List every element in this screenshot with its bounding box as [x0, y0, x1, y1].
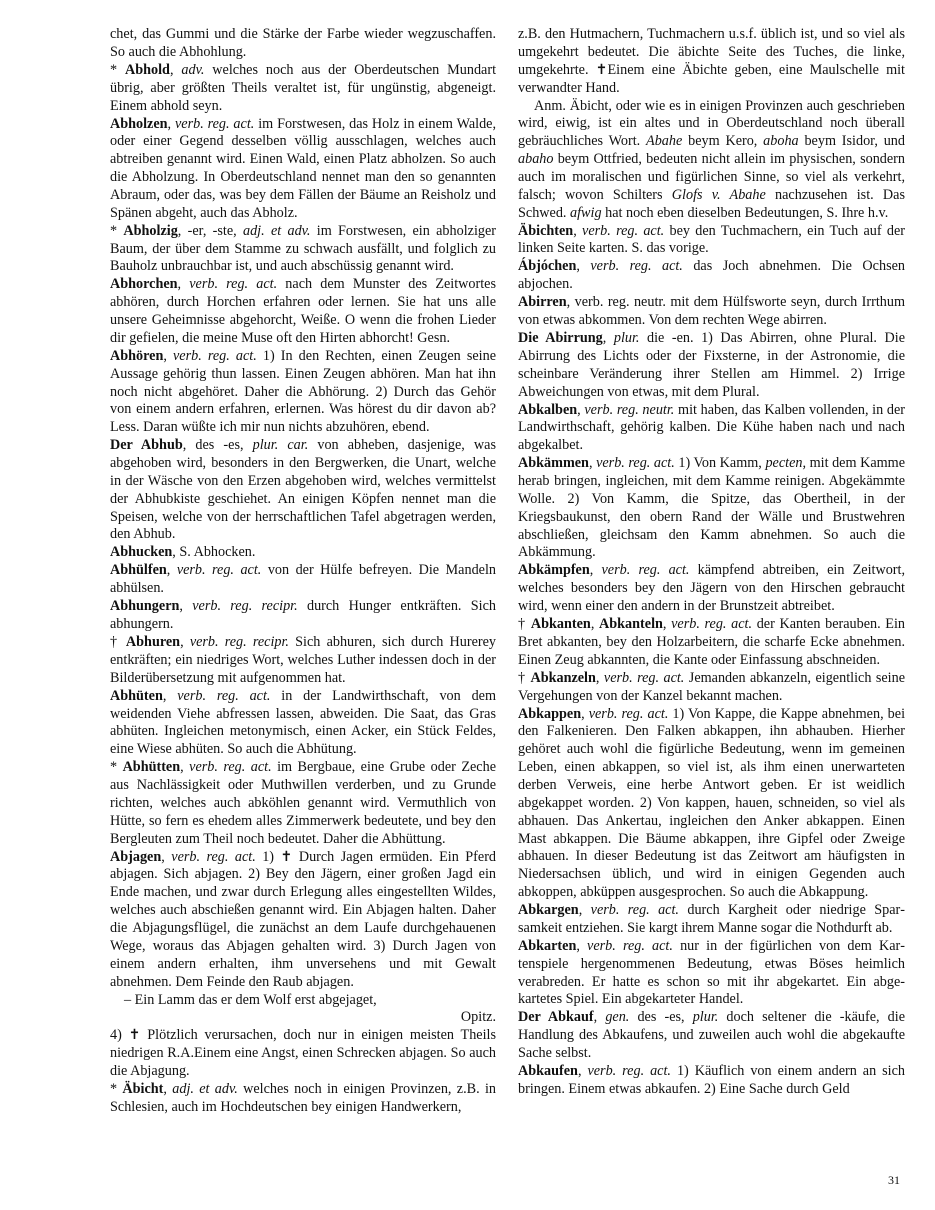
- dictionary-entry-cont1: chet, das Gummi und die Stärke der Farbe…: [110, 26, 496, 62]
- entry-text: *: [110, 759, 123, 775]
- grammar-label: verb. reg. act.: [590, 258, 683, 274]
- entry-text: ,: [161, 849, 171, 865]
- entry-text: ,: [579, 902, 591, 918]
- headword: Abholzig: [123, 223, 177, 239]
- entry-text: 1) ✝ Durch Jagen ermüden. Ein Pferd abja…: [110, 849, 496, 990]
- dictionary-entry-abhub: Der Abhub, des -es, plur. car. von abheb…: [110, 437, 496, 544]
- dictionary-entry-abjagen_cont: 4) ✝ Plötzlich verursachen, doch nur in …: [110, 1027, 496, 1081]
- headword: Die Abirrung: [518, 330, 603, 346]
- entry-text: ,: [163, 348, 173, 364]
- grammar-label: verb. reg. act.: [171, 849, 255, 865]
- entry-text: , des -es,: [183, 437, 253, 453]
- dictionary-entry-abkaempfen: Abkämpfen, verb. reg. act. kämpfend abtr…: [518, 562, 905, 616]
- entry-text: ,: [603, 330, 614, 346]
- dictionary-entry-abirren: Abirren, verb. reg. neutr. mit dem Hülfs…: [518, 294, 905, 330]
- headword: Abirren: [518, 294, 567, 310]
- dictionary-entry-abholzen: Abholzen, verb. reg. act. im Forstwesen,…: [110, 116, 496, 223]
- headword: Abkarten: [518, 938, 576, 954]
- grammar-label: verb. reg. act.: [173, 348, 257, 364]
- dictionary-entry-abhueten: Abhüten, verb. reg. act. in der Landwirt…: [110, 688, 496, 759]
- headword: Abkaufen: [518, 1063, 578, 1079]
- entry-text: ,: [591, 616, 599, 632]
- dictionary-entry-abkarten: Abkarten, verb. reg. act. nur in der fig…: [518, 938, 905, 1009]
- headword: Abkämmen: [518, 455, 589, 471]
- dictionary-entry-abkauf: Der Abkauf, gen. des -es, plur. doch sel…: [518, 1009, 905, 1063]
- headword: Der Abhub: [110, 437, 183, 453]
- grammar-label: plur. car.: [253, 437, 309, 453]
- dictionary-entry-abjochen: Ábjóchen, verb. reg. act. das Joch abneh…: [518, 258, 905, 294]
- entry-text: ,: [576, 258, 590, 274]
- grammar-label: verb. reg. act.: [189, 276, 277, 292]
- headword: Abhungern: [110, 598, 179, 614]
- grammar-label: verb. reg. act.: [604, 670, 684, 686]
- headword: Der Abkauf: [518, 1009, 594, 1025]
- dictionary-entry-abkappen: Abkappen, verb. reg. act. 1) Von Kappe, …: [518, 706, 905, 902]
- entry-text: z.B. den Hutmachern, Tuchmachern u.s.f. …: [518, 26, 905, 96]
- grammar-label: verb. reg. act.: [582, 223, 664, 239]
- headword: Abkanzeln: [530, 670, 595, 686]
- grammar-label: verb. reg. act.: [177, 688, 270, 704]
- grammar-label: verb. reg. act.: [177, 562, 262, 578]
- grammar-label: abaho: [518, 151, 553, 167]
- headword: Äbichten: [518, 223, 573, 239]
- dictionary-entry-abhold: * Abhold, adv. welches noch aus der Ober…: [110, 62, 496, 116]
- entry-text: ,: [596, 670, 604, 686]
- dictionary-entry-abhuren: † Abhuren, verb. reg. recipr. Sich abhur…: [110, 634, 496, 688]
- entry-text: *: [110, 1081, 122, 1097]
- grammar-label: verb. reg. act.: [587, 1063, 671, 1079]
- grammar-label: verb. reg. recipr.: [190, 634, 289, 650]
- headword: Ábjóchen: [518, 258, 576, 274]
- entry-text: *: [110, 62, 125, 78]
- headword: Abkargen: [518, 902, 579, 918]
- dictionary-entry-abkanten: † Abkanten, Abkanteln, verb. reg. act. d…: [518, 616, 905, 670]
- grammar-label: verb. reg. act.: [587, 938, 673, 954]
- dictionary-entry-abholzig: * Abholzig, -er, -ste, adj. et adv. im F…: [110, 223, 496, 277]
- entry-text: †: [518, 670, 530, 686]
- headword: Äbicht: [122, 1081, 163, 1097]
- entry-text: ,: [178, 276, 190, 292]
- dictionary-entry-abkalben: Abkalben, verb. reg. neutr. mit haben, d…: [518, 402, 905, 456]
- entry-text: ,: [594, 1009, 606, 1025]
- entry-text: ,: [576, 938, 587, 954]
- entry-text: †: [518, 616, 531, 632]
- dictionary-entry-aebicht_cont: z.B. den Hutmachern, Tuchmachern u.s.f. …: [518, 26, 905, 97]
- entry-text: beym Isidor, und: [799, 133, 905, 149]
- entry-text: , verb. reg. neutr. mit dem Hülfsworte s…: [518, 294, 905, 328]
- entry-text: †: [110, 634, 126, 650]
- headword: Abjagen: [110, 849, 161, 865]
- grammar-label: adj. et adv.: [243, 223, 310, 239]
- entry-text: 1) Von Kamm,: [675, 455, 766, 471]
- entry-text: des -es,: [629, 1009, 692, 1025]
- headword: Abhören: [110, 348, 163, 364]
- entry-text: ,: [168, 116, 175, 132]
- entry-text: ,: [590, 562, 602, 578]
- dictionary-entry-abkanzeln: † Abkanzeln, verb. reg. act. Jemanden ab…: [518, 670, 905, 706]
- left-column: chet, das Gummi und die Stärke der Farbe…: [110, 26, 496, 1117]
- grammar-label: verb. reg. act.: [671, 616, 752, 632]
- headword: Abhülfen: [110, 562, 167, 578]
- dictionary-entry-abhuetten: * Abhütten, verb. reg. act. im Bergbaue,…: [110, 759, 496, 848]
- dictionary-entry-aebichten: Äbichten, verb. reg. act. bey den Tuchma…: [518, 223, 905, 259]
- entry-text: hat noch eben dieselben Bedeutungen, S. …: [602, 205, 889, 221]
- headword: Abhold: [125, 62, 170, 78]
- page-number: 31: [888, 1173, 900, 1188]
- quotation-source: Opitz.: [110, 1009, 496, 1027]
- headword: Abkalben: [518, 402, 577, 418]
- dictionary-entry-abhucken: Abhucken, S. Abhocken.: [110, 544, 496, 562]
- dictionary-entry-abhoeren: Abhören, verb. reg. act. 1) In den Recht…: [110, 348, 496, 437]
- grammar-label: Glofs v. Abahe: [672, 187, 766, 203]
- grammar-label: verb. reg. recipr.: [192, 598, 297, 614]
- grammar-label: verb. reg. act.: [602, 562, 690, 578]
- dictionary-entry-anm: Anm. Äbicht, oder wie es in einigen Prov…: [518, 98, 905, 223]
- entry-text: ,: [589, 455, 596, 471]
- grammar-label: verb. reg. act.: [189, 759, 272, 775]
- right-column: z.B. den Hutmachern, Tuchmachern u.s.f. …: [518, 26, 905, 1099]
- entry-text: 1) Von Kappe, die Kappe abnehmen, bei de…: [518, 706, 905, 900]
- entry-text: beym Kero,: [682, 133, 763, 149]
- grammar-label: verb. reg. neutr.: [584, 402, 674, 418]
- entry-text: ,: [163, 688, 177, 704]
- entry-text: ,: [163, 1081, 172, 1097]
- dictionary-entry-abirrung: Die Abirrung, plur. die -en. 1) Das Abir…: [518, 330, 905, 401]
- dictionary-entry-abkargen: Abkargen, verb. reg. act. durch Kargheit…: [518, 902, 905, 938]
- entry-text: *: [110, 223, 123, 239]
- quotation: – Ein Lamm das er dem Wolf erst abgejage…: [110, 992, 496, 1010]
- headword: Abhorchen: [110, 276, 178, 292]
- dictionary-entry-aebicht: * Äbicht, adj. et adv. welches noch in e…: [110, 1081, 496, 1117]
- dictionary-entry-abjagen: Abjagen, verb. reg. act. 1) ✝ Durch Jage…: [110, 849, 496, 992]
- dictionary-entry-abhuelfen: Abhülfen, verb. reg. act. von der Hülfe …: [110, 562, 496, 598]
- headword: Abkämpfen: [518, 562, 590, 578]
- grammar-label: plur.: [693, 1009, 719, 1025]
- grammar-label: verb. reg. act.: [596, 455, 675, 471]
- headword: Abhütten: [123, 759, 181, 775]
- entry-text: ,: [167, 562, 177, 578]
- headword: Abhüten: [110, 688, 163, 704]
- entry-text: , -er, -ste,: [178, 223, 243, 239]
- grammar-label: Abahe: [646, 133, 682, 149]
- grammar-label: verb. reg. act.: [591, 902, 679, 918]
- grammar-label: verb. reg. act.: [589, 706, 669, 722]
- dictionary-entry-abkaufen: Abkaufen, verb. reg. act. 1) Käuflich vo…: [518, 1063, 905, 1099]
- entry-text: ,: [663, 616, 671, 632]
- entry-text: ,: [179, 598, 192, 614]
- grammar-label: pecten,: [765, 455, 806, 471]
- headword: Abhuren: [126, 634, 180, 650]
- entry-text: ,: [180, 634, 190, 650]
- grammar-label: verb. reg. act.: [175, 116, 254, 132]
- entry-text: 4) ✝ Plötzlich verursachen, doch nur in …: [110, 1027, 496, 1079]
- headword: Abhucken: [110, 544, 172, 560]
- entry-text: chet, das Gummi und die Stärke der Farbe…: [110, 26, 496, 60]
- grammar-label: adv.: [181, 62, 204, 78]
- grammar-label: gen.: [605, 1009, 629, 1025]
- grammar-label: afwig: [570, 205, 602, 221]
- grammar-label: aboha: [763, 133, 798, 149]
- headword: Abkanten: [531, 616, 591, 632]
- entry-text: ,: [581, 706, 589, 722]
- entry-text: ,: [170, 62, 181, 78]
- dictionary-entry-abhungern: Abhungern, verb. reg. recipr. durch Hung…: [110, 598, 496, 634]
- dictionary-entry-abhorchen: Abhorchen, verb. reg. act. nach dem Muns…: [110, 276, 496, 347]
- headword: Abkappen: [518, 706, 581, 722]
- grammar-label: adj. et adv.: [172, 1081, 238, 1097]
- grammar-label: plur.: [614, 330, 640, 346]
- headword: Abkanteln: [599, 616, 663, 632]
- dictionary-entry-abkaemmen: Abkämmen, verb. reg. act. 1) Von Kamm, p…: [518, 455, 905, 562]
- entry-text: ,: [573, 223, 582, 239]
- headword: Abholzen: [110, 116, 168, 132]
- entry-text: ,: [180, 759, 189, 775]
- entry-text: , S. Abhocken.: [172, 544, 255, 560]
